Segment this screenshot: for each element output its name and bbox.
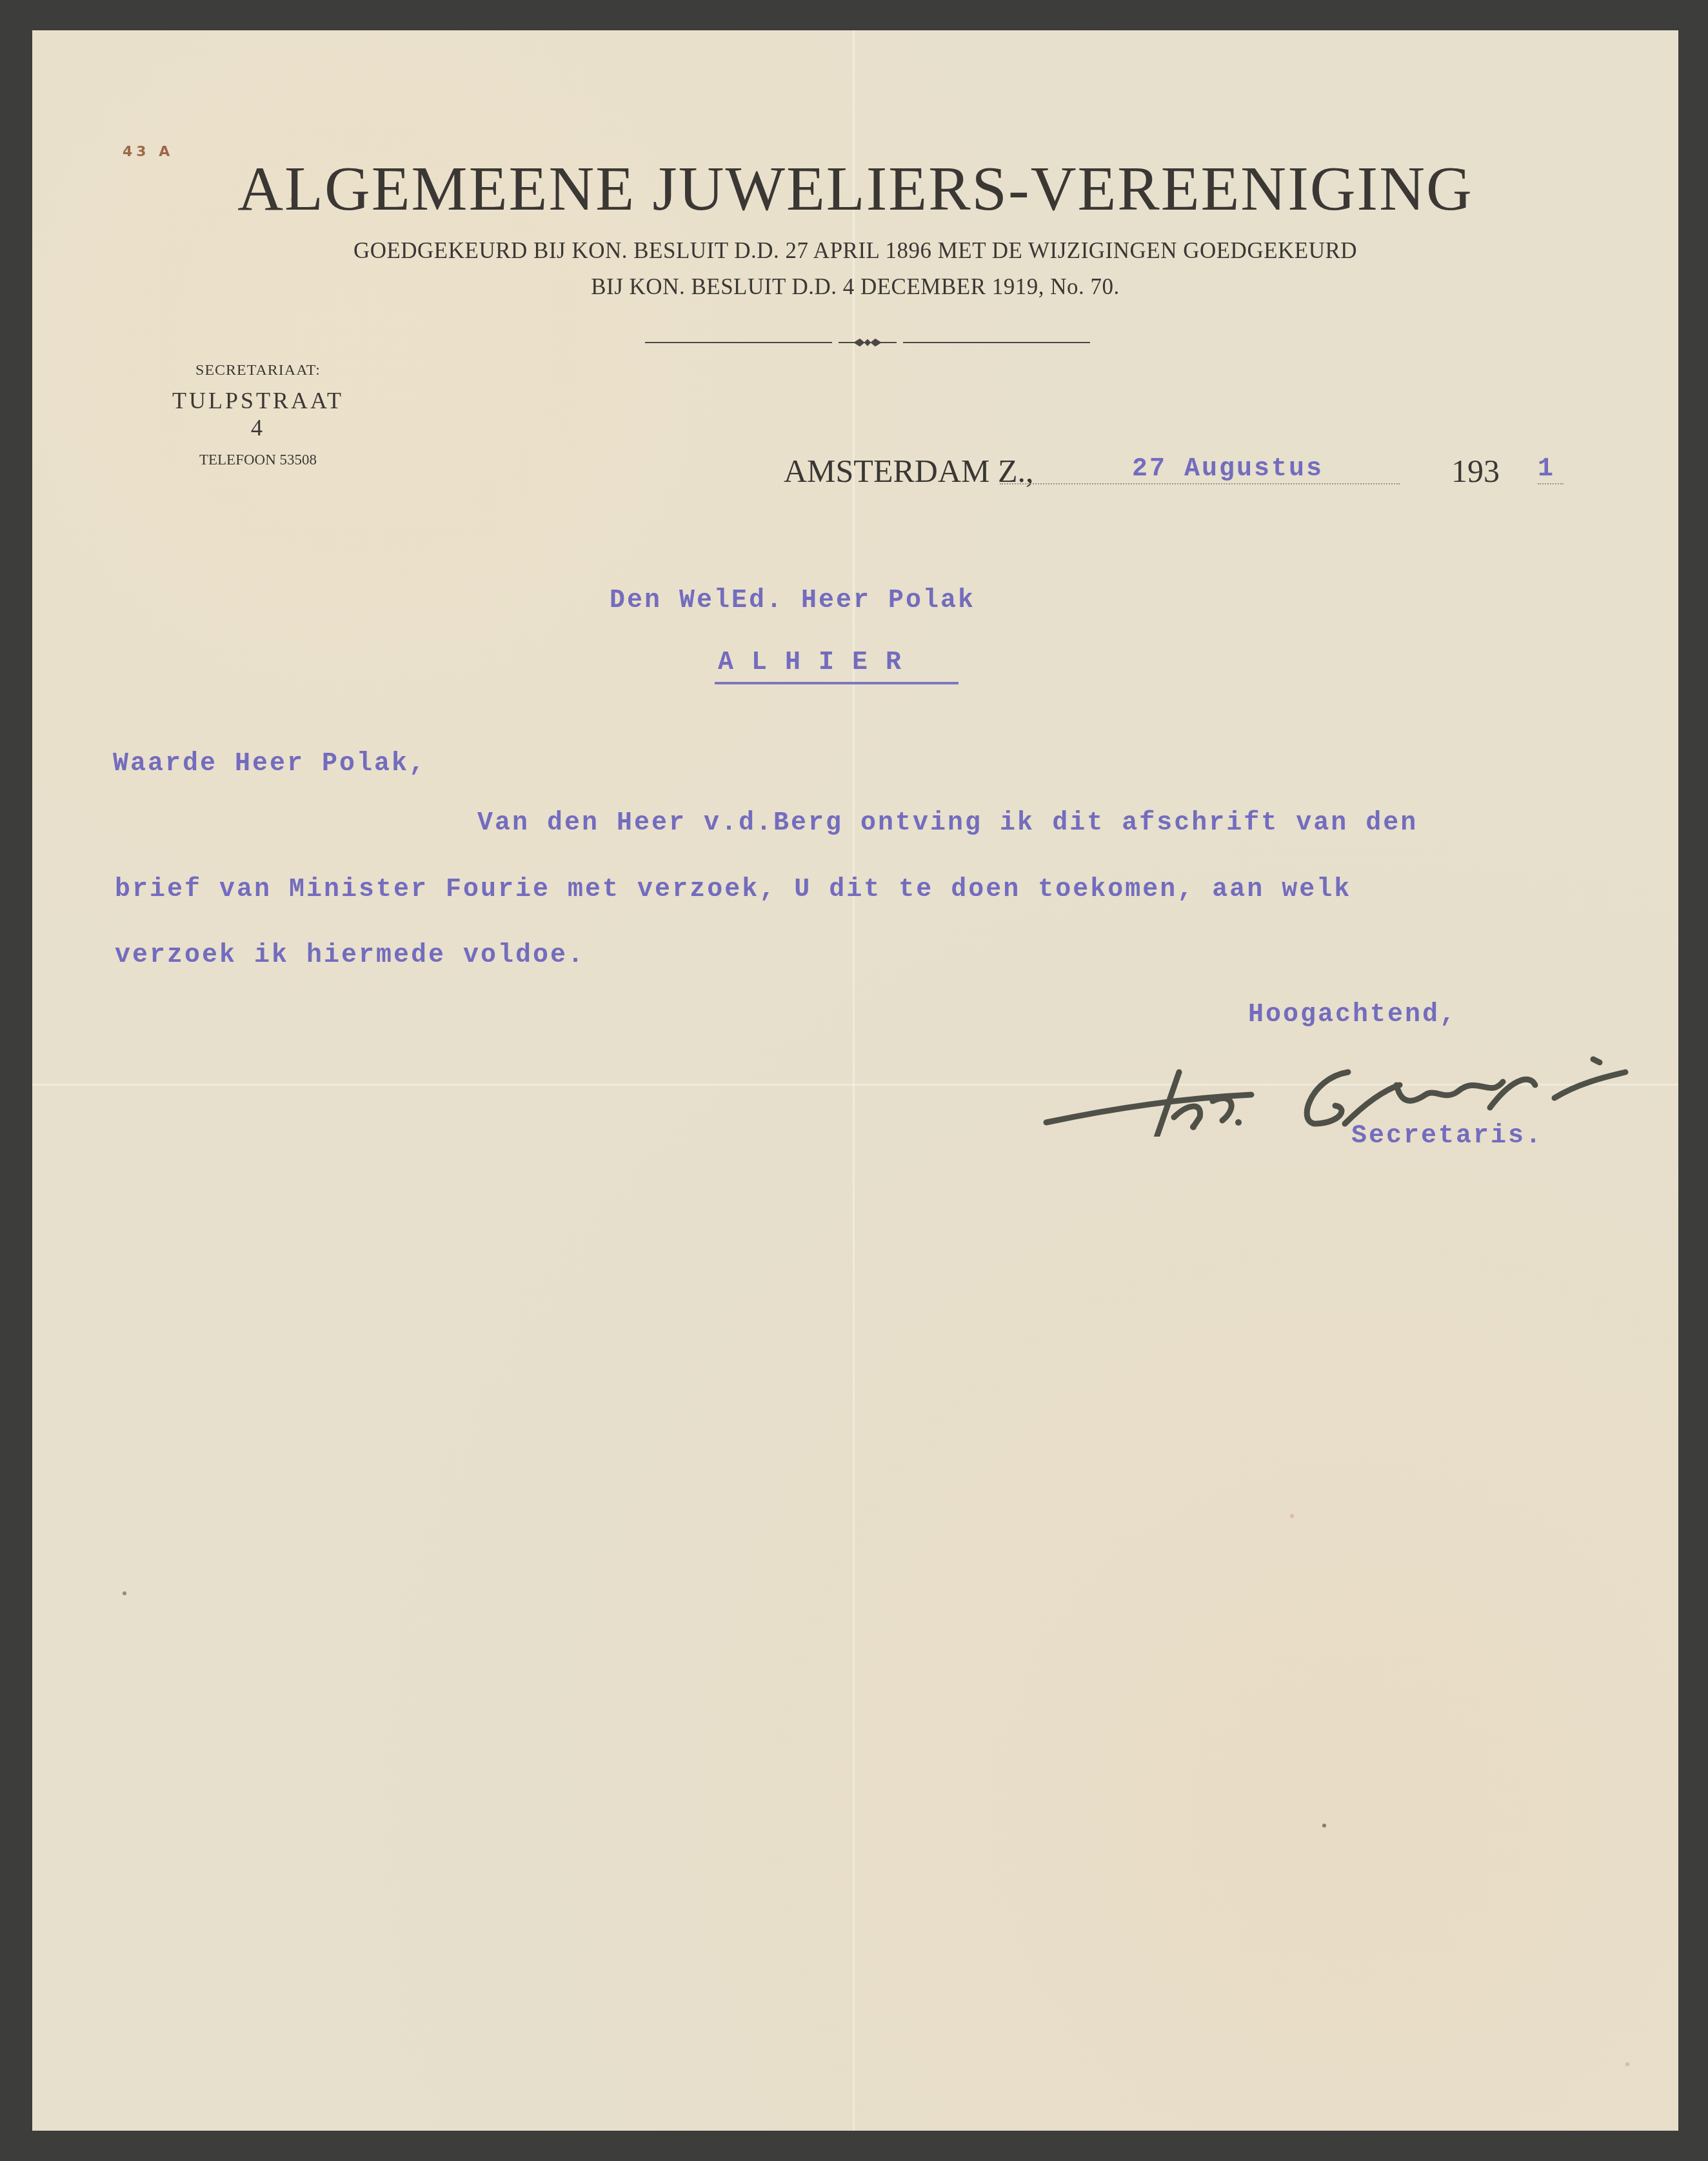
secretariat-block: SECRETARIAAT: TULPSTRAAT 4 TELEFOON 5350… [161,362,355,468]
ornamental-divider [645,336,1090,349]
foxing-spot [1290,1514,1294,1518]
approval-line-1: GOEDGEKEURD BIJ KON. BESLUIT D.D. 27 APR… [32,238,1678,264]
signer-role: Secretaris. [1351,1122,1543,1151]
body-line-3: verzoek ik hiermede voldoe. [115,941,585,970]
printed-city: AMSTERDAM Z., [784,452,1034,490]
salutation: Waarde Heer Polak, [113,750,426,779]
secretariat-phone: TELEFOON 53508 [161,452,355,468]
secretariat-label: SECRETARIAAT: [161,362,355,379]
handwritten-signature-icon: Th. J. Giusti [1038,1046,1658,1137]
body-line-2: brief van Minister Fourie met verzoek, U… [115,875,1351,904]
addressee-location: ALHIER [718,648,919,677]
body-line-1: Van den Heer v.d.Berg ontving ik dit afs… [477,809,1418,838]
printed-year-prefix: 193 [1451,452,1500,490]
typed-date: 27 Augustus [1132,455,1324,484]
location-underline [715,682,958,684]
addressee: Den WelEd. Heer Polak [610,586,975,615]
typed-year-digit: 1 [1538,455,1555,484]
foxing-spot [1625,2062,1629,2066]
approval-line-2: BIJ KON. BESLUIT D.D. 4 DECEMBER 1919, N… [32,274,1678,300]
fleuron-icon [835,336,900,349]
closing: Hoogachtend, [1248,1001,1457,1030]
ink-dot [1322,1824,1326,1827]
ink-dot [123,1591,126,1595]
secretariat-street: TULPSTRAAT 4 [161,387,355,441]
organization-title: ALGEMEENE JUWELIERS-VEREENIGING [32,153,1678,225]
letter-page: 43 A ALGEMEENE JUWELIERS-VEREENIGING GOE… [32,30,1678,2131]
